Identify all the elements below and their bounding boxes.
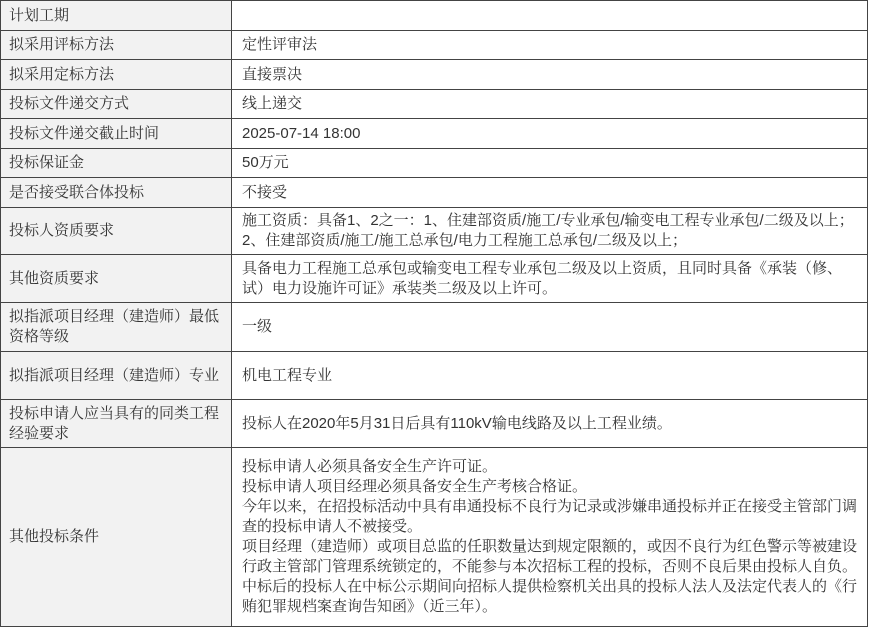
row-label-similar-experience: 投标申请人应当具有的同类工程经验要求 bbox=[1, 400, 232, 448]
other-conditions-paragraph-3: 今年以来，在招投标活动中具有串通投标不良行为记录或涉嫌串通投标并正在接受主管部门… bbox=[242, 497, 859, 537]
other-conditions-paragraph-2: 投标申请人项目经理必须具备安全生产考核合格证。 bbox=[242, 477, 859, 497]
table-row-pm-min-grade: 拟指派项目经理（建造师）最低资格等级 一级 bbox=[1, 303, 868, 352]
row-value-bidder-qualification: 施工资质：具备1、2之一：1、住建部资质/施工/专业承包/输变电工程专业承包/二… bbox=[232, 208, 868, 255]
other-conditions-paragraph-4: 项目经理（建造师）或项目总监的任职数量达到规定限额的，或因不良行为红色警示等被建… bbox=[242, 537, 859, 577]
table-row-award-method: 拟采用定标方法 直接票决 bbox=[1, 60, 868, 90]
row-label-consortium-bidding: 是否接受联合体投标 bbox=[1, 178, 232, 208]
tender-info-table: 计划工期 拟采用评标方法 定性评审法 拟采用定标方法 直接票决 投标文件递交方式… bbox=[0, 0, 868, 627]
row-label-evaluation-method: 拟采用评标方法 bbox=[1, 31, 232, 60]
row-value-planned-duration bbox=[232, 1, 868, 31]
row-value-pm-major: 机电工程专业 bbox=[232, 352, 868, 400]
row-label-pm-major: 拟指派项目经理（建造师）专业 bbox=[1, 352, 232, 400]
table-row-similar-experience: 投标申请人应当具有的同类工程经验要求 投标人在2020年5月31日后具有110k… bbox=[1, 400, 868, 448]
table-row-planned-duration: 计划工期 bbox=[1, 1, 868, 31]
table-row-consortium-bidding: 是否接受联合体投标 不接受 bbox=[1, 178, 868, 208]
row-label-submission-deadline: 投标文件递交截止时间 bbox=[1, 119, 232, 149]
row-value-pm-min-grade: 一级 bbox=[232, 303, 868, 352]
row-value-similar-experience: 投标人在2020年5月31日后具有110kV输电线路及以上工程业绩。 bbox=[232, 400, 868, 448]
other-conditions-paragraph-5: 中标后的投标人在中标公示期间向招标人提供检察机关出具的投标人法人及法定代表人的《… bbox=[242, 577, 859, 617]
row-label-bidder-qualification: 投标人资质要求 bbox=[1, 208, 232, 255]
table-row-submission-deadline: 投标文件递交截止时间 2025-07-14 18:00 bbox=[1, 119, 868, 149]
row-value-award-method: 直接票决 bbox=[232, 60, 868, 90]
row-value-bid-bond: 50万元 bbox=[232, 149, 868, 178]
row-value-other-conditions: 投标申请人必须具备安全生产许可证。 投标申请人项目经理必须具备安全生产考核合格证… bbox=[232, 448, 868, 627]
row-value-evaluation-method: 定性评审法 bbox=[232, 31, 868, 60]
row-label-submission-method: 投标文件递交方式 bbox=[1, 90, 232, 119]
row-value-other-qualification: 具备电力工程施工总承包或输变电工程专业承包二级及以上资质，且同时具备《承装（修、… bbox=[232, 255, 868, 303]
table-row-bidder-qualification: 投标人资质要求 施工资质：具备1、2之一：1、住建部资质/施工/专业承包/输变电… bbox=[1, 208, 868, 255]
table-row-other-conditions: 其他投标条件 投标申请人必须具备安全生产许可证。 投标申请人项目经理必须具备安全… bbox=[1, 448, 868, 627]
other-conditions-paragraph-1: 投标申请人必须具备安全生产许可证。 bbox=[242, 457, 859, 477]
row-value-submission-deadline: 2025-07-14 18:00 bbox=[232, 119, 868, 149]
row-label-other-qualification: 其他资质要求 bbox=[1, 255, 232, 303]
table-row-pm-major: 拟指派项目经理（建造师）专业 机电工程专业 bbox=[1, 352, 868, 400]
row-label-award-method: 拟采用定标方法 bbox=[1, 60, 232, 90]
table-row-bid-bond: 投标保证金 50万元 bbox=[1, 149, 868, 178]
row-value-submission-method: 线上递交 bbox=[232, 90, 868, 119]
row-label-pm-min-grade: 拟指派项目经理（建造师）最低资格等级 bbox=[1, 303, 232, 352]
row-value-consortium-bidding: 不接受 bbox=[232, 178, 868, 208]
table-row-submission-method: 投标文件递交方式 线上递交 bbox=[1, 90, 868, 119]
table-row-other-qualification: 其他资质要求 具备电力工程施工总承包或输变电工程专业承包二级及以上资质，且同时具… bbox=[1, 255, 868, 303]
row-label-bid-bond: 投标保证金 bbox=[1, 149, 232, 178]
row-label-planned-duration: 计划工期 bbox=[1, 1, 232, 31]
table-row-evaluation-method: 拟采用评标方法 定性评审法 bbox=[1, 31, 868, 60]
row-label-other-conditions: 其他投标条件 bbox=[1, 448, 232, 627]
